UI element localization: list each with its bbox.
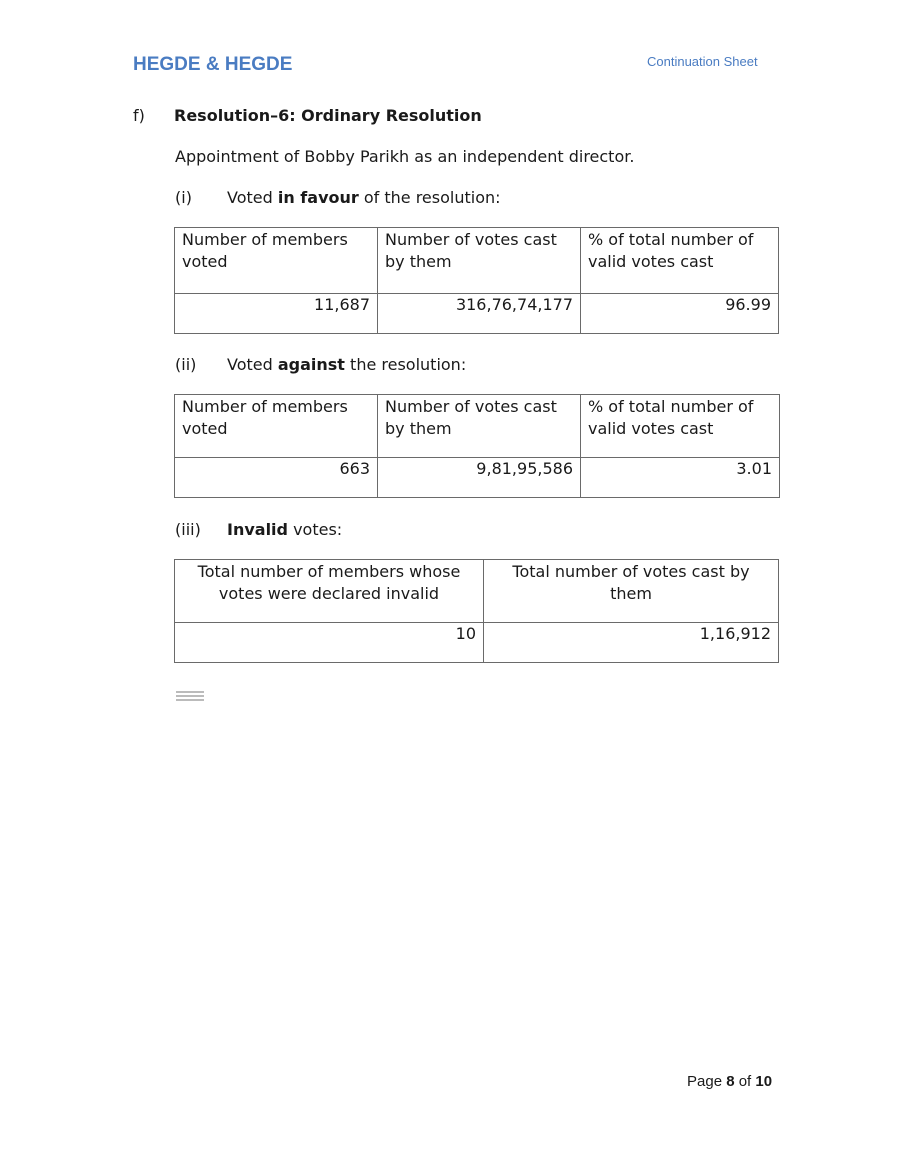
page-word: Page (687, 1073, 726, 1090)
of-word: of (735, 1073, 756, 1090)
heading-text: votes: (288, 520, 342, 539)
heading-text: the resolution: (345, 355, 466, 374)
heading-text: Voted (227, 188, 278, 207)
item-number: (iii) (175, 520, 227, 539)
invalid-table: Total number of members whose votes were… (174, 559, 779, 663)
table-header: Number of members voted (175, 395, 378, 458)
section-title: Resolution–6: Ordinary Resolution (174, 106, 482, 125)
table-cell: 3.01 (581, 458, 780, 498)
table-header: % of total number of valid votes cast (581, 395, 780, 458)
invalid-heading: (iii)Invalid votes: (175, 520, 342, 539)
firm-name: HEGDE & HEGDE (133, 54, 292, 76)
continuation-sheet-label: Continuation Sheet (647, 54, 758, 69)
heading-bold: in favour (278, 188, 359, 207)
section-heading: f)Resolution–6: Ordinary Resolution (133, 106, 482, 125)
heading-bold: against (278, 355, 345, 374)
table-cell: 11,687 (175, 294, 378, 334)
in-favour-heading: (i)Voted in favour of the resolution: (175, 188, 501, 207)
table-cell: 663 (175, 458, 378, 498)
page-number: Page 8 of 10 (687, 1073, 772, 1090)
table-cell: 10 (175, 623, 484, 663)
table-cell: 316,76,74,177 (378, 294, 581, 334)
table-header: Total number of members whose votes were… (175, 560, 484, 623)
item-number: (ii) (175, 355, 227, 374)
item-number: (i) (175, 188, 227, 207)
table-header: Number of votes cast by them (378, 395, 581, 458)
in-favour-table: Number of members voted Number of votes … (174, 227, 779, 334)
digital-signature-stamp (176, 691, 204, 703)
current-page: 8 (726, 1073, 734, 1090)
resolution-description: Appointment of Bobby Parikh as an indepe… (175, 147, 634, 166)
section-label: f) (133, 106, 174, 125)
against-heading: (ii)Voted against the resolution: (175, 355, 466, 374)
table-header: Number of members voted (175, 228, 378, 294)
heading-bold: Invalid (227, 520, 288, 539)
table-header: % of total number of valid votes cast (581, 228, 779, 294)
table-cell: 9,81,95,586 (378, 458, 581, 498)
total-pages: 10 (755, 1073, 772, 1090)
table-header: Number of votes cast by them (378, 228, 581, 294)
table-cell: 1,16,912 (484, 623, 779, 663)
table-cell: 96.99 (581, 294, 779, 334)
heading-text: of the resolution: (359, 188, 501, 207)
table-header: Total number of votes cast by them (484, 560, 779, 623)
heading-text: Voted (227, 355, 278, 374)
against-table: Number of members voted Number of votes … (174, 394, 780, 498)
